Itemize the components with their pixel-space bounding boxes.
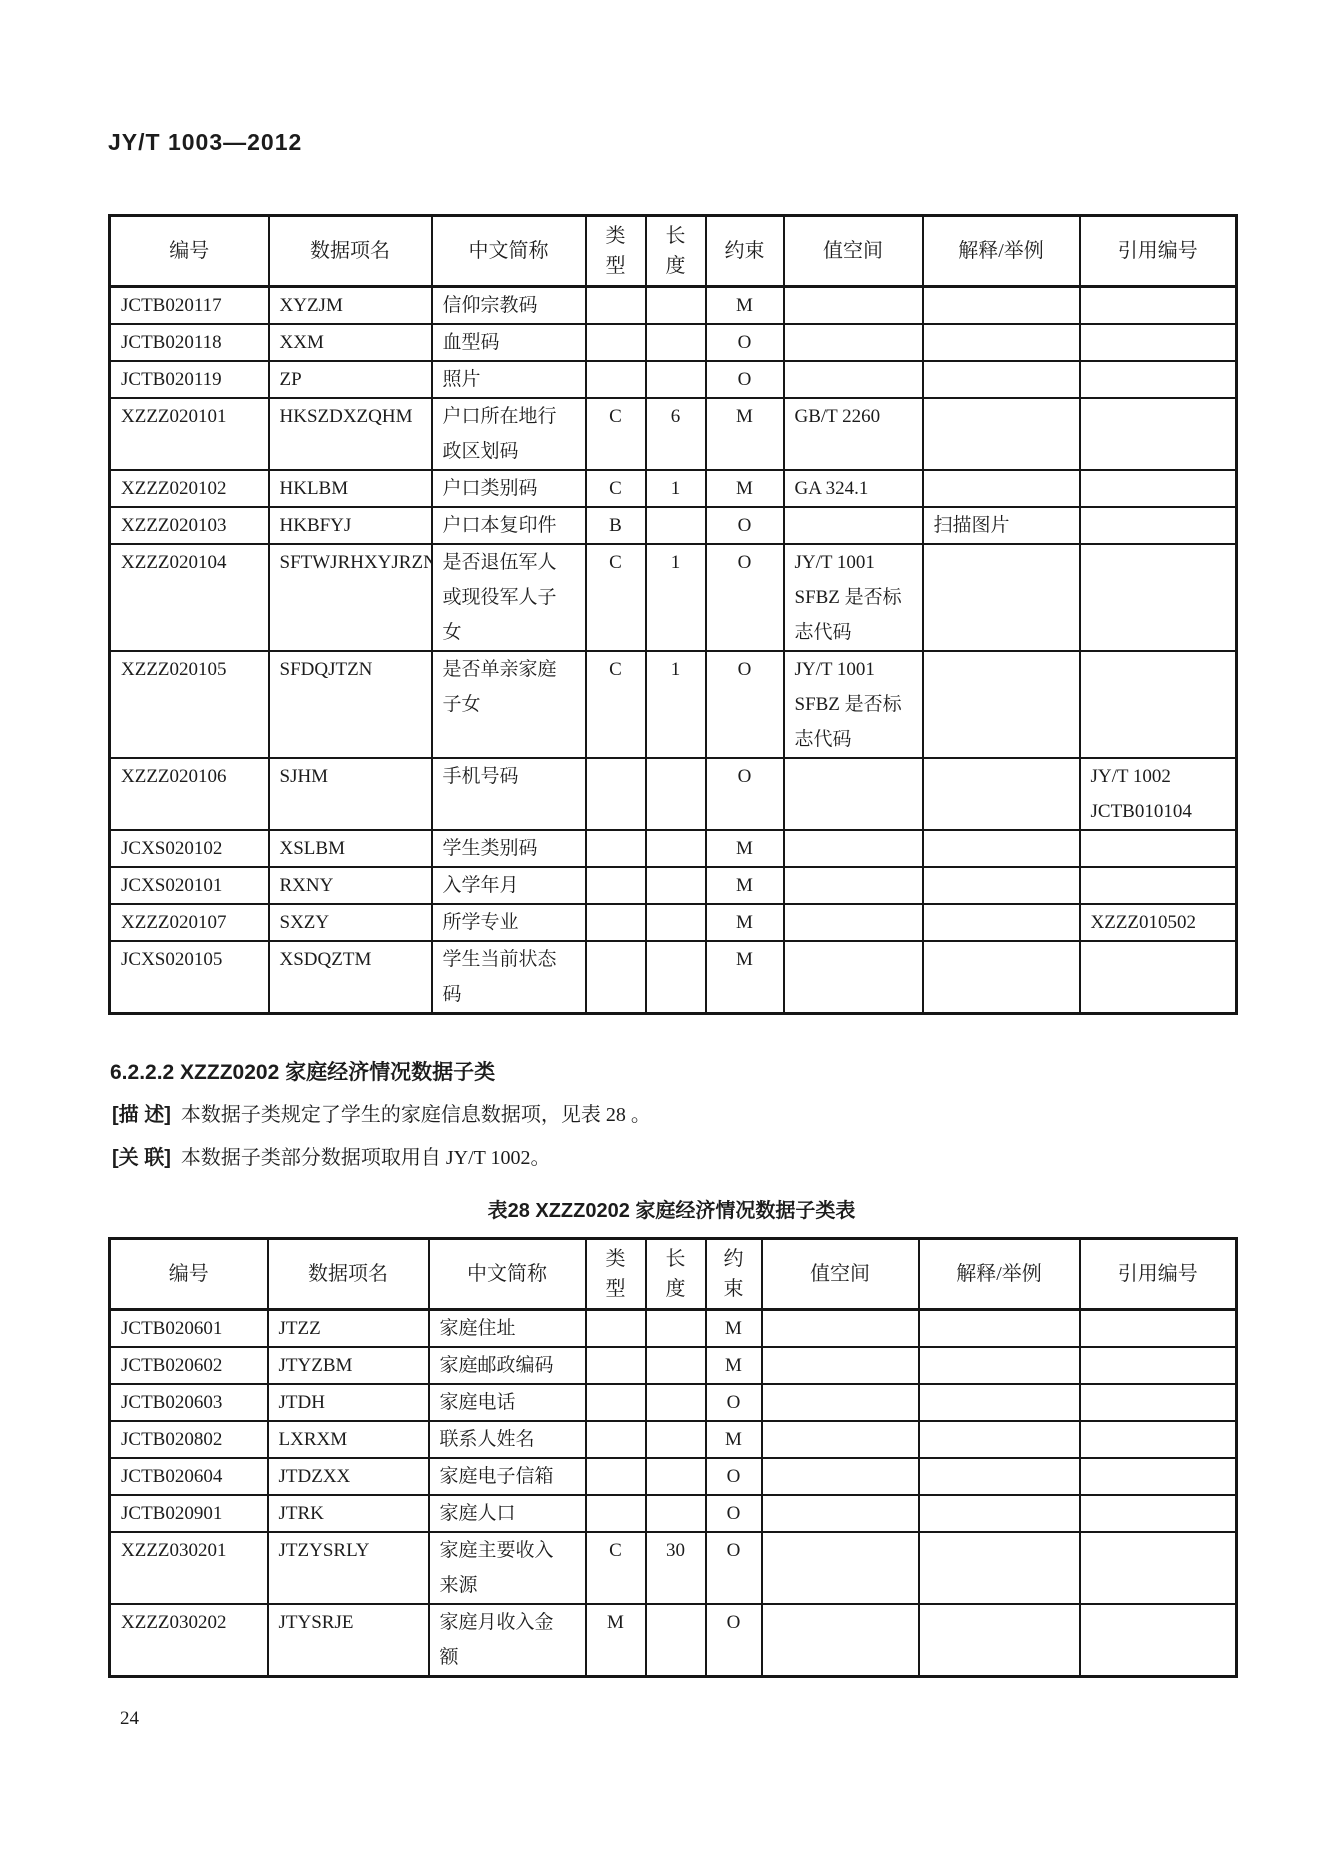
col-header-len: 长 度 [646,216,706,287]
cell-example [919,1347,1080,1384]
cell-type [586,1495,646,1532]
cell-cn: 学生类别码 [432,830,586,867]
col-header-cn: 中文简称 [432,216,586,287]
cell-id: JCXS020101 [110,867,269,904]
cell-ref [1080,1495,1237,1532]
cell-name: XYZJM [269,287,432,325]
cell-len [646,1495,706,1532]
col-header-value-space: 值空间 [784,216,923,287]
description-paragraph: [描 述]本数据子类规定了学生的家庭信息数据项，见表 28 。 [112,1102,1323,1129]
cell-type [586,758,646,830]
cell-ref: JY/T 1002 JCTB010104 [1080,758,1237,830]
cell-example [923,544,1080,651]
cell-name: HKLBM [269,470,432,507]
cell-name: SXZY [269,904,432,941]
cell-len [646,830,706,867]
cell-len [646,1384,706,1421]
cell-constraint: O [706,507,784,544]
cell-constraint: O [706,758,784,830]
cell-constraint: M [706,287,784,325]
cell-example [923,287,1080,325]
cell-example [919,1604,1080,1677]
table-row: XZZZ020102HKLBM户口类别码C1MGA 324.1 [110,470,1237,507]
cell-len [646,941,706,1014]
cell-len [646,507,706,544]
table-row: JCTB020602JTYZBM家庭邮政编码M [110,1347,1237,1384]
cell-name: JTDZXX [268,1458,429,1495]
cell-ref [1080,1347,1237,1384]
cell-cn: 家庭住址 [429,1310,586,1348]
cell-id: JCTB020601 [110,1310,268,1348]
table1-header-row: 编号 数据项名 中文简称 类 型 长 度 约束 值空间 解释/举例 引用编号 [110,216,1237,287]
cell-constraint: O [706,361,784,398]
cell-len [646,324,706,361]
cell-ref: XZZZ010502 [1080,904,1237,941]
cell-type: C [586,1532,646,1604]
cell-example: 扫描图片 [923,507,1080,544]
table2-body: JCTB020601JTZZ家庭住址MJCTB020602JTYZBM家庭邮政编… [110,1310,1237,1677]
cell-len [646,1458,706,1495]
cell-cn: 家庭主要收入 来源 [429,1532,586,1604]
cell-type [586,1310,646,1348]
cell-cn: 联系人姓名 [429,1421,586,1458]
cell-type [586,324,646,361]
cell-ref [1080,830,1237,867]
cell-value_space [784,361,923,398]
cell-cn: 手机号码 [432,758,586,830]
doc-code: JY/T 1003—2012 [108,128,1323,156]
cell-type [586,1421,646,1458]
table-row: XZZZ020106SJHM手机号码OJY/T 1002 JCTB010104 [110,758,1237,830]
cell-name: ZP [269,361,432,398]
cell-constraint: O [706,324,784,361]
relation-text: 本数据子类部分数据项取用自 JY/T 1002。 [181,1147,551,1169]
col-header-name: 数据项名 [269,216,432,287]
cell-value_space [784,904,923,941]
cell-cn: 家庭邮政编码 [429,1347,586,1384]
col-header-type: 类 型 [586,216,646,287]
cell-name: HKSZDXZQHM [269,398,432,470]
cell-name: SFDQJTZN [269,651,432,758]
cell-name: JTYZBM [268,1347,429,1384]
cell-constraint: O [706,544,784,651]
section-heading: 6.2.2.2 XZZZ0202 家庭经济情况数据子类 [110,1060,1323,1086]
col-header-constraint: 约束 [706,216,784,287]
cell-value_space [762,1495,919,1532]
cell-example [919,1532,1080,1604]
cell-ref [1080,941,1237,1014]
cell-cn: 家庭人口 [429,1495,586,1532]
cell-constraint: O [706,1495,762,1532]
cell-type [586,1384,646,1421]
cell-example [923,830,1080,867]
cell-id: JCTB020604 [110,1458,268,1495]
cell-id: XZZZ020102 [110,470,269,507]
cell-cn: 所学专业 [432,904,586,941]
table2-header: 编号 数据项名 中文简称 类 型 长 度 约 束 值空间 解释/举例 引用编号 [110,1239,1237,1310]
cell-cn: 户口类别码 [432,470,586,507]
col-header-example: 解释/举例 [923,216,1080,287]
cell-name: JTDH [268,1384,429,1421]
col-header-cn: 中文简称 [429,1239,586,1310]
cell-id: XZZZ020104 [110,544,269,651]
table-row: JCXS020105XSDQZTM学生当前状态 码M [110,941,1237,1014]
cell-example [923,651,1080,758]
cell-id: JCTB020603 [110,1384,268,1421]
cell-cn: 户口所在地行 政区划码 [432,398,586,470]
cell-constraint: M [706,1421,762,1458]
cell-ref [1080,1532,1237,1604]
cell-type [586,287,646,325]
cell-name: JTZZ [268,1310,429,1348]
col-header-name: 数据项名 [268,1239,429,1310]
cell-example [919,1495,1080,1532]
cell-ref [1080,1604,1237,1677]
cell-value_space: GA 324.1 [784,470,923,507]
cell-type [586,904,646,941]
cell-len [646,1310,706,1348]
cell-value_space [762,1347,919,1384]
cell-ref [1080,287,1237,325]
cell-value_space: JY/T 1001 SFBZ 是否标 志代码 [784,651,923,758]
cell-name: SFTWJRHXYJRZN [269,544,432,651]
cell-constraint: O [706,1604,762,1677]
cell-ref [1080,651,1237,758]
col-header-example: 解释/举例 [919,1239,1080,1310]
table-row: JCXS020102XSLBM学生类别码M [110,830,1237,867]
cell-len [646,758,706,830]
page-number: 24 [120,1708,139,1730]
cell-constraint: M [706,830,784,867]
cell-ref [1080,470,1237,507]
cell-id: JCXS020105 [110,941,269,1014]
table-row: XZZZ030201JTZYSRLY家庭主要收入 来源C30O [110,1532,1237,1604]
cell-constraint: M [706,1310,762,1348]
cell-value_space [762,1421,919,1458]
cell-len: 6 [646,398,706,470]
cell-cn: 学生当前状态 码 [432,941,586,1014]
cell-type [586,867,646,904]
cell-len [646,287,706,325]
cell-cn: 入学年月 [432,867,586,904]
document-page: JY/T 1003—2012 编号 数据项名 中文简称 类 型 长 度 约束 值… [0,0,1323,1871]
cell-example [919,1310,1080,1348]
cell-constraint: O [706,651,784,758]
cell-constraint: O [706,1532,762,1604]
cell-type: M [586,1604,646,1677]
cell-example [923,470,1080,507]
cell-value_space [762,1310,919,1348]
cell-id: XZZZ030201 [110,1532,268,1604]
cell-name: RXNY [269,867,432,904]
cell-id: XZZZ020103 [110,507,269,544]
cell-ref [1080,398,1237,470]
description-label: [描 述] [112,1104,171,1126]
cell-id: JCTB020118 [110,324,269,361]
cell-type: C [586,651,646,758]
cell-constraint: O [706,1384,762,1421]
cell-type [586,1458,646,1495]
cell-cn: 家庭电话 [429,1384,586,1421]
cell-value_space [762,1384,919,1421]
col-header-value-space: 值空间 [762,1239,919,1310]
cell-id: JCTB020119 [110,361,269,398]
cell-id: JCTB020901 [110,1495,268,1532]
col-header-ref: 引用编号 [1080,1239,1237,1310]
cell-example [923,758,1080,830]
cell-id: JCTB020117 [110,287,269,325]
cell-value_space [784,507,923,544]
cell-type: C [586,470,646,507]
cell-constraint: M [706,470,784,507]
cell-cn: 户口本复印件 [432,507,586,544]
cell-name: XSDQZTM [269,941,432,1014]
family-economic-data-table: 编号 数据项名 中文简称 类 型 长 度 约 束 值空间 解释/举例 引用编号 … [108,1237,1238,1678]
cell-len [646,1604,706,1677]
cell-value_space: GB/T 2260 [784,398,923,470]
cell-value_space [784,287,923,325]
cell-cn: 家庭电子信箱 [429,1458,586,1495]
cell-example [923,324,1080,361]
table1-header: 编号 数据项名 中文简称 类 型 长 度 约束 值空间 解释/举例 引用编号 [110,216,1237,287]
table-row: XZZZ020105SFDQJTZN是否单亲家庭 子女C1OJY/T 1001 … [110,651,1237,758]
cell-ref [1080,361,1237,398]
cell-len [646,867,706,904]
cell-value_space [784,324,923,361]
cell-len: 1 [646,470,706,507]
table-row: JCXS020101RXNY入学年月M [110,867,1237,904]
cell-id: XZZZ020107 [110,904,269,941]
cell-example [923,941,1080,1014]
cell-id: XZZZ030202 [110,1604,268,1677]
cell-ref [1080,1458,1237,1495]
table28-caption: 表28 XZZZ0202 家庭经济情况数据子类表 [108,1198,1235,1224]
cell-cn: 是否单亲家庭 子女 [432,651,586,758]
cell-len [646,904,706,941]
table-row: JCTB020603JTDH家庭电话O [110,1384,1237,1421]
cell-type [586,830,646,867]
cell-cn: 家庭月收入金 额 [429,1604,586,1677]
cell-cn: 是否退伍军人 或现役军人子 女 [432,544,586,651]
cell-example [919,1421,1080,1458]
cell-len: 1 [646,651,706,758]
col-header-type: 类 型 [586,1239,646,1310]
cell-ref [1080,544,1237,651]
cell-example [923,398,1080,470]
cell-type: B [586,507,646,544]
cell-ref [1080,867,1237,904]
relation-label: [关 联] [112,1147,171,1169]
student-basic-data-table: 编号 数据项名 中文简称 类 型 长 度 约束 值空间 解释/举例 引用编号 J… [108,214,1238,1015]
cell-ref [1080,1384,1237,1421]
cell-name: SJHM [269,758,432,830]
cell-example [919,1458,1080,1495]
cell-id: XZZZ020101 [110,398,269,470]
cell-type [586,941,646,1014]
cell-ref [1080,507,1237,544]
cell-id: JCTB020602 [110,1347,268,1384]
cell-len: 30 [646,1532,706,1604]
cell-example [919,1384,1080,1421]
cell-value_space [762,1532,919,1604]
table-row: JCTB020604JTDZXX家庭电子信箱O [110,1458,1237,1495]
col-header-id: 编号 [110,216,269,287]
cell-constraint: M [706,941,784,1014]
table-row: XZZZ020101HKSZDXZQHM户口所在地行 政区划码C6MGB/T 2… [110,398,1237,470]
cell-example [923,361,1080,398]
table-row: JCTB020118XXM血型码O [110,324,1237,361]
cell-len [646,361,706,398]
cell-type: C [586,398,646,470]
cell-value_space [784,867,923,904]
table-row: XZZZ020104SFTWJRHXYJRZN是否退伍军人 或现役军人子 女C1… [110,544,1237,651]
cell-example [923,867,1080,904]
table-row: JCTB020901JTRK家庭人口O [110,1495,1237,1532]
cell-value_space [762,1604,919,1677]
table-row: XZZZ020107SXZY所学专业MXZZZ010502 [110,904,1237,941]
cell-id: JCXS020102 [110,830,269,867]
relation-paragraph: [关 联]本数据子类部分数据项取用自 JY/T 1002。 [112,1145,1323,1172]
cell-type [586,361,646,398]
cell-id: XZZZ020106 [110,758,269,830]
table-row: XZZZ030202JTYSRJE家庭月收入金 额MO [110,1604,1237,1677]
cell-len: 1 [646,544,706,651]
cell-value_space [784,830,923,867]
cell-name: JTRK [268,1495,429,1532]
cell-constraint: M [706,398,784,470]
cell-name: XSLBM [269,830,432,867]
cell-value_space: JY/T 1001 SFBZ 是否标 志代码 [784,544,923,651]
table-row: JCTB020117XYZJM信仰宗教码M [110,287,1237,325]
cell-ref [1080,1421,1237,1458]
cell-name: JTZYSRLY [268,1532,429,1604]
cell-value_space [762,1458,919,1495]
table2-header-row: 编号 数据项名 中文简称 类 型 长 度 约 束 值空间 解释/举例 引用编号 [110,1239,1237,1310]
cell-value_space [784,758,923,830]
cell-constraint: M [706,867,784,904]
cell-constraint: M [706,1347,762,1384]
cell-name: LXRXM [268,1421,429,1458]
cell-cn: 血型码 [432,324,586,361]
cell-ref [1080,324,1237,361]
cell-ref [1080,1310,1237,1348]
cell-type [586,1347,646,1384]
col-header-len: 长 度 [646,1239,706,1310]
cell-cn: 照片 [432,361,586,398]
cell-cn: 信仰宗教码 [432,287,586,325]
cell-value_space [784,941,923,1014]
cell-name: XXM [269,324,432,361]
cell-constraint: M [706,904,784,941]
cell-len [646,1347,706,1384]
table1-body: JCTB020117XYZJM信仰宗教码MJCTB020118XXM血型码OJC… [110,287,1237,1014]
cell-constraint: O [706,1458,762,1495]
cell-id: XZZZ020105 [110,651,269,758]
cell-example [923,904,1080,941]
description-text: 本数据子类规定了学生的家庭信息数据项，见表 28 。 [181,1104,651,1126]
col-header-constraint: 约 束 [706,1239,762,1310]
table-row: JCTB020802LXRXM联系人姓名M [110,1421,1237,1458]
table-row: JCTB020601JTZZ家庭住址M [110,1310,1237,1348]
cell-name: JTYSRJE [268,1604,429,1677]
table-row: JCTB020119ZP照片O [110,361,1237,398]
cell-id: JCTB020802 [110,1421,268,1458]
col-header-ref: 引用编号 [1080,216,1237,287]
cell-name: HKBFYJ [269,507,432,544]
table-row: XZZZ020103HKBFYJ户口本复印件BO扫描图片 [110,507,1237,544]
col-header-id: 编号 [110,1239,268,1310]
cell-len [646,1421,706,1458]
cell-type: C [586,544,646,651]
